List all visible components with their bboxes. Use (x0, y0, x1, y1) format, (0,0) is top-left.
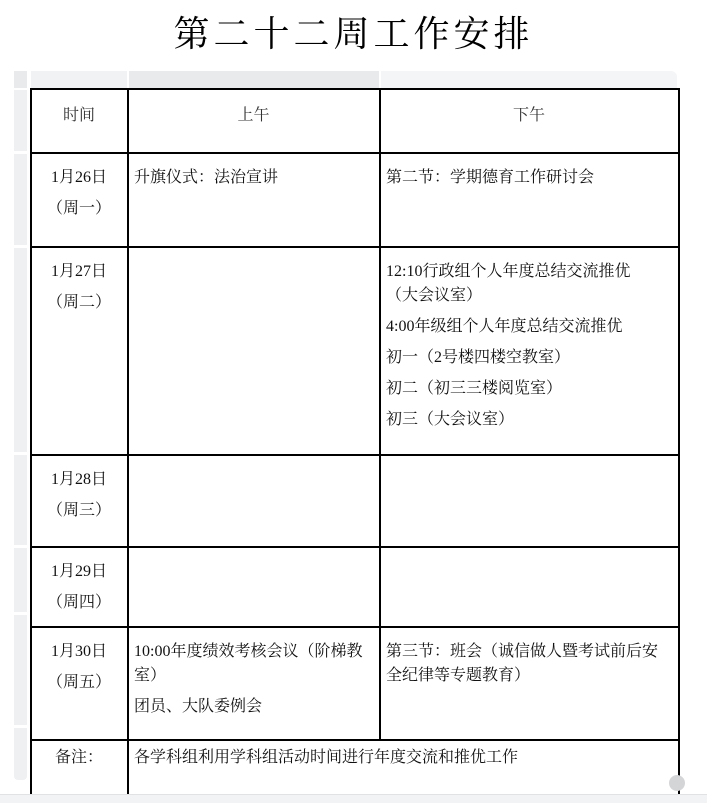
cell-monday-am[interactable]: 升旗仪式：法治宣讲 (128, 153, 380, 247)
cell-friday-am[interactable]: 10:00年度绩效考核会议（阶梯教 室）团员、大队委例会 (128, 627, 380, 740)
cell-tuesday-am[interactable] (128, 247, 380, 455)
cell-monday-date[interactable]: 1月26日（周一） (31, 153, 128, 247)
column-grip-afternoon[interactable] (381, 71, 677, 88)
page-bottom-edge (0, 794, 707, 803)
cell-thursday-am[interactable] (128, 547, 380, 627)
column-grip-time[interactable] (31, 71, 127, 88)
row-grip-monday[interactable] (14, 154, 27, 245)
cell-tuesday-date[interactable]: 1月27日（周二） (31, 247, 128, 455)
schedule-table: 时间 上午 下午 1月26日（周一） 升旗仪式：法治宣讲 第二节：学期德育工作研… (30, 88, 680, 797)
row-grip-tuesday[interactable] (14, 248, 27, 452)
header-cell-afternoon[interactable]: 下午 (380, 89, 679, 153)
cell-remark-label[interactable]: 备注： (31, 740, 128, 796)
page-title[interactable]: 第二十二周工作安排 (0, 8, 707, 60)
cell-friday-date[interactable]: 1月30日（周五） (31, 627, 128, 740)
cell-remark-content[interactable]: 各学科组利用学科组活动时间进行年度交流和推优工作 (128, 740, 679, 796)
header-cell-time[interactable]: 时间 (31, 89, 128, 153)
cell-thursday-date[interactable]: 1月29日（周四） (31, 547, 128, 627)
row-grip-wednesday[interactable] (14, 455, 27, 545)
cell-thursday-pm[interactable] (380, 547, 679, 627)
header-cell-morning[interactable]: 上午 (128, 89, 380, 153)
document-page: 第二十二周工作安排 时间 上午 下午 1月26日（周一） 升旗仪式：法治宣讲 第… (0, 0, 707, 803)
cell-friday-pm[interactable]: 第三节：班会（诚信做人暨考试前后安 全纪律等专题教育） (380, 627, 679, 740)
cell-tuesday-pm[interactable]: 12:10行政组个人年度总结交流推优 （大会议室）4:00年级组个人年度总结交流… (380, 247, 679, 455)
cell-wednesday-am[interactable] (128, 455, 380, 547)
row-grip-friday[interactable] (14, 615, 27, 725)
row-grip-thursday[interactable] (14, 548, 27, 612)
row-grip-header[interactable] (14, 90, 27, 151)
cell-wednesday-pm[interactable] (380, 455, 679, 547)
cell-monday-pm[interactable]: 第二节：学期德育工作研讨会 (380, 153, 679, 247)
table-resize-handle[interactable] (669, 775, 685, 791)
cell-wednesday-date[interactable]: 1月28日（周三） (31, 455, 128, 547)
column-grip-morning[interactable] (129, 71, 379, 88)
table-corner-grip[interactable] (14, 71, 27, 88)
row-grip-remark[interactable] (14, 728, 27, 780)
